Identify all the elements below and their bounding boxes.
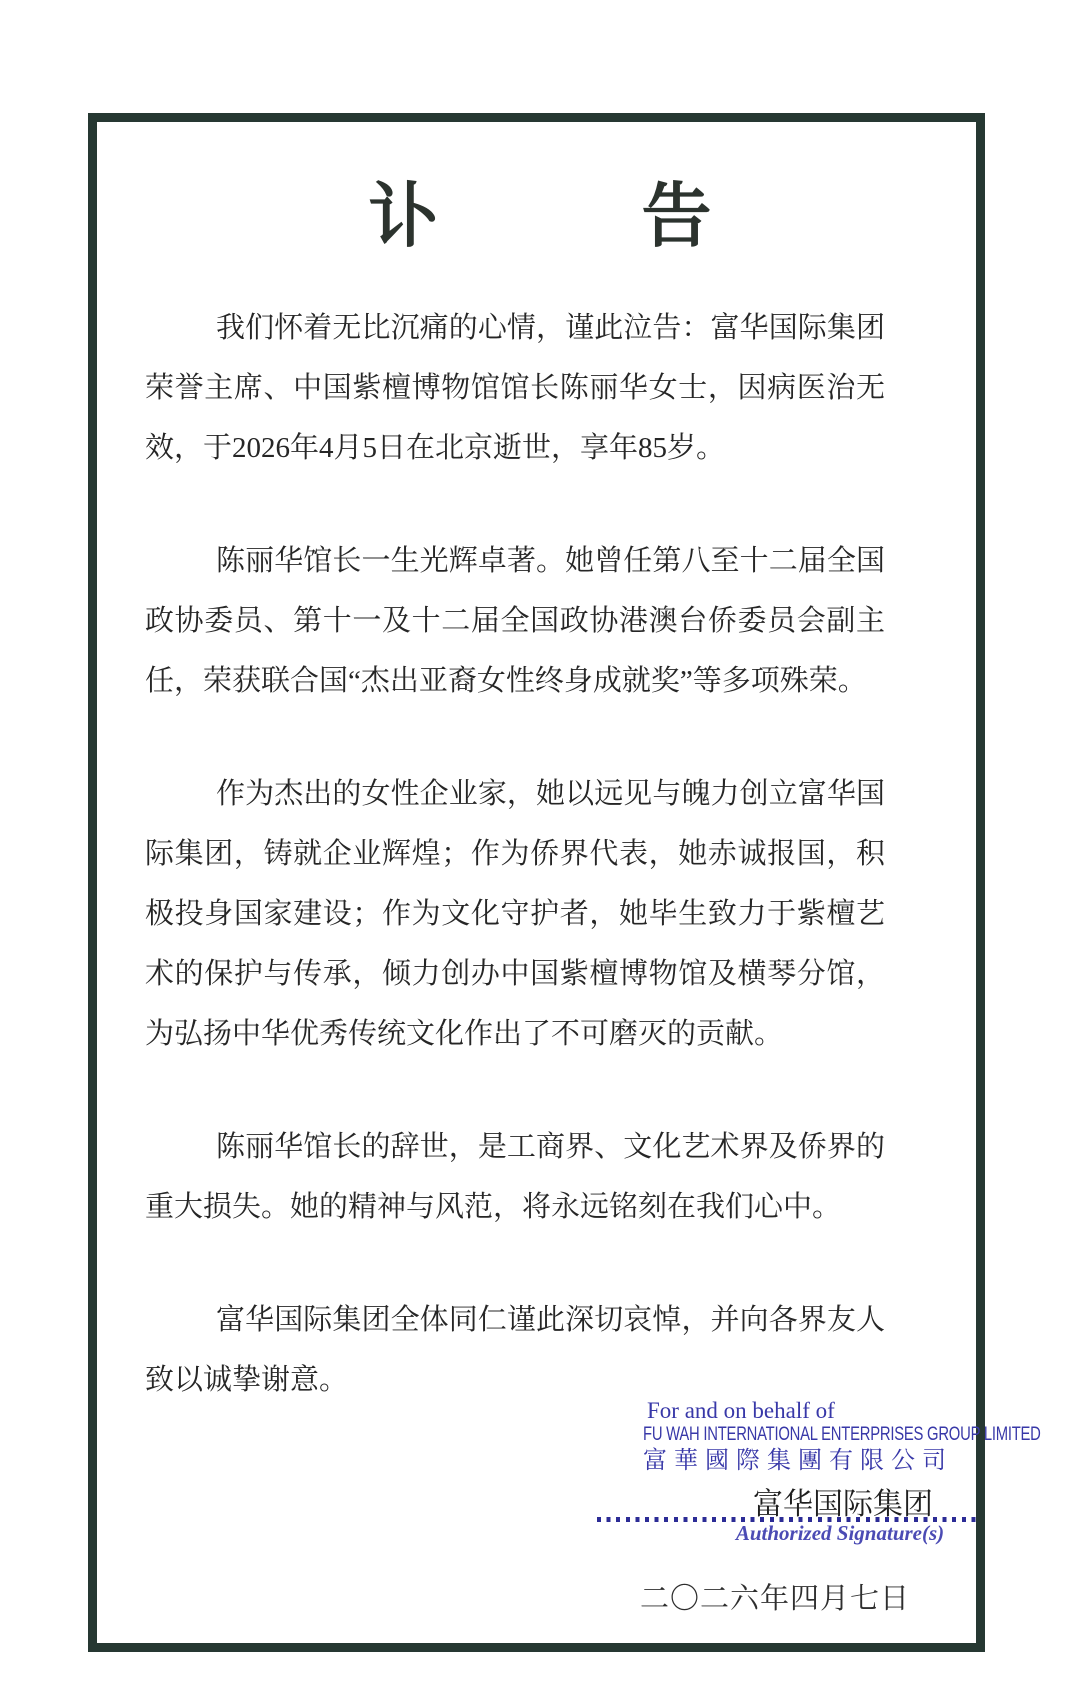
- notice-body: 我们怀着无比沉痛的心情，谨此泣告：富华国际集团荣誉主席、中国紫檀博物馆馆长陈丽华…: [145, 298, 885, 1463]
- notice-date: 二〇二六年四月七日: [640, 1576, 910, 1617]
- notice-paragraph-5: 富华国际集团全体同仁谨此深切哀悼，并向各界友人致以诚挚谢意。: [145, 1290, 885, 1410]
- signature-caption: Authorized Signature(s): [690, 1521, 990, 1546]
- stamp-company-name-cn: 富華國際集團有限公司: [643, 1448, 1080, 1475]
- notice-paragraph-2: 陈丽华馆长一生光辉卓著。她曾任第八至十二届全国政协委员、第十一及十二届全国政协港…: [145, 531, 885, 711]
- stamp-company-name-en: FU WAH INTERNATIONAL ENTERPRISES GROUP L…: [643, 1424, 1041, 1446]
- notice-title: 讣 告: [0, 160, 1080, 261]
- stamp-company-en-row: FU WAH INTERNATIONAL ENTERPRISES GROUP L…: [643, 1424, 1080, 1446]
- notice-paragraph-4: 陈丽华馆长的辞世，是工商界、文化艺术界及侨界的重大损失。她的精神与风范，将永远铭…: [145, 1117, 885, 1237]
- notice-paragraph-3: 作为杰出的女性企业家，她以远见与魄力创立富华国际集团，铸就企业辉煌；作为侨界代表…: [145, 764, 885, 1064]
- company-stamp: For and on behalf of FU WAH INTERNATIONA…: [643, 1398, 1080, 1475]
- obituary-page: 讣 告 我们怀着无比沉痛的心情，谨此泣告：富华国际集团荣誉主席、中国紫檀博物馆馆…: [0, 0, 1080, 1705]
- notice-paragraph-1: 我们怀着无比沉痛的心情，谨此泣告：富华国际集团荣誉主席、中国紫檀博物馆馆长陈丽华…: [145, 298, 885, 478]
- stamp-behalf-text: For and on behalf of: [647, 1398, 1080, 1424]
